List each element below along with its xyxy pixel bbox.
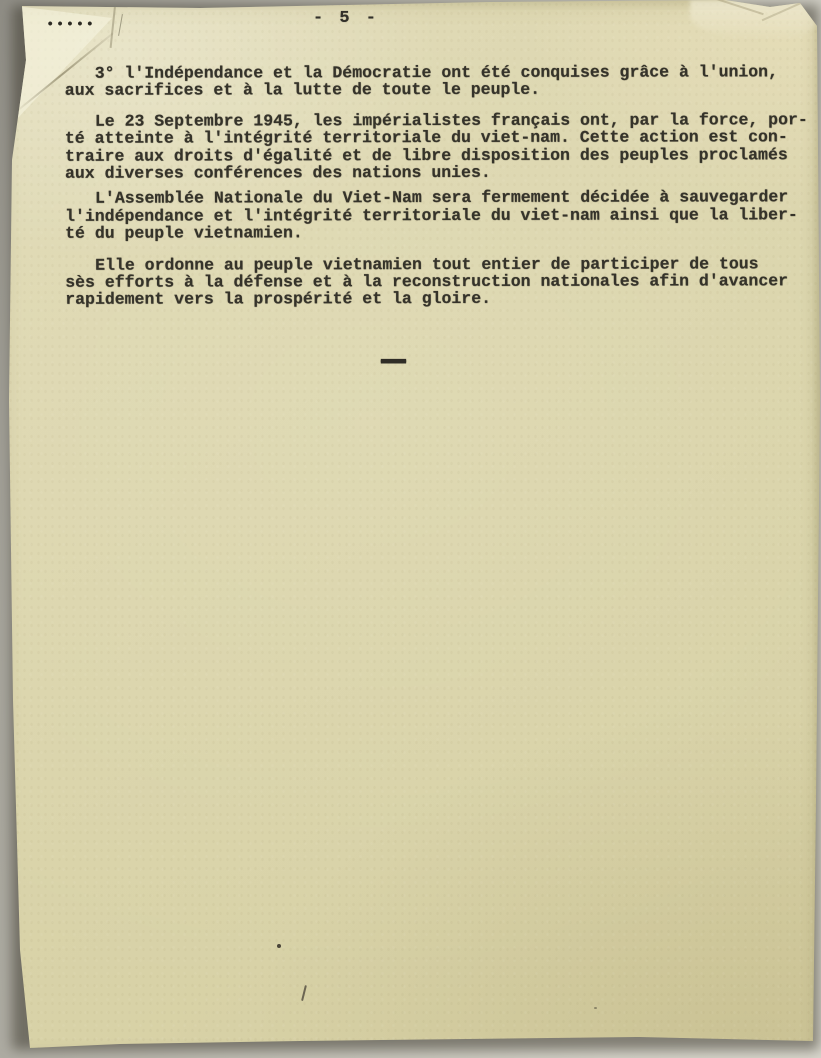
text-line: aux sacrifices et à la lutte de toute le… [65,81,813,100]
text-line: té du peuple vietnamien. [65,223,813,242]
scan-background: { "page": { "corner_marks": "•••••", "pa… [0,0,821,1058]
top-crease-line [110,2,116,48]
text-line: 3° l'Indépendance et la Démocratie ont é… [65,63,813,82]
paragraph: Elle ordonne au peuple vietnamien tout e… [65,255,813,309]
ink-speck [277,944,281,948]
paper-fiber [301,985,306,1001]
scanned-page: ••••• - 5 - 3° l'Indépendance et la Démo… [0,0,821,1058]
paper-fiber [118,14,123,36]
paragraph: Le 23 Septembre 1945, les impérialistes … [65,111,813,182]
paragraph: L'Assemblée Nationale du Viet-Nam sera f… [65,189,813,243]
crumpled-edge-highlight [690,0,816,40]
typewritten-text-block: 3° l'Indépendance et la Démocratie ont é… [65,63,814,308]
end-of-text-dash: — [381,346,406,376]
text-line: l'indépendance et l'intégrité territoria… [65,206,813,225]
page-number: - 5 - [313,9,379,28]
text-line: rapidement vers la prospérité et la gloi… [65,290,813,309]
text-line: sès efforts à la défense et à la reconst… [65,272,813,291]
corner-dot-marks: ••••• [46,17,96,33]
paragraph: 3° l'Indépendance et la Démocratie ont é… [65,63,813,99]
text-line: traire aux droits d'égalité et de libre … [65,146,813,165]
paper-speck [594,1007,597,1009]
text-line: aux diverses conférences des nations uni… [65,163,813,182]
